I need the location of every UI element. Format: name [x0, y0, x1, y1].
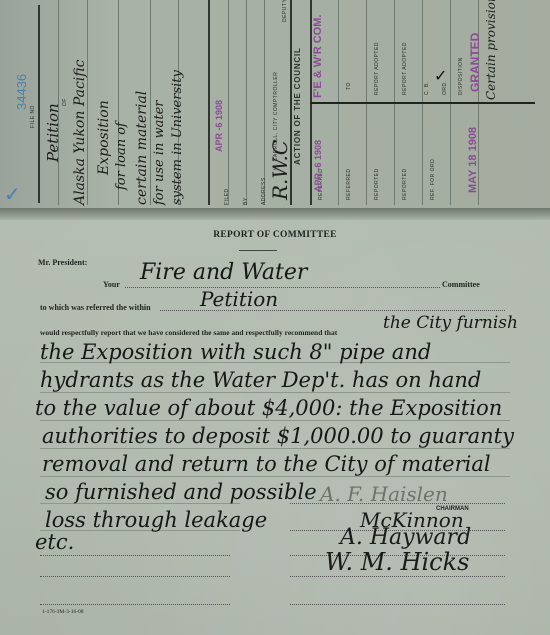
action-heading: ACTION OF THE COUNCIL	[293, 47, 302, 165]
committee-name: Fire and Water	[140, 260, 307, 285]
docket-divider	[310, 102, 535, 104]
recommendation-line: so furnished and possible	[45, 480, 317, 504]
filed-date-stamp: APR -6 1908	[214, 100, 224, 152]
docket-rule	[38, 5, 40, 203]
ruled-line	[40, 604, 230, 605]
form-number: 1-176-3M-3-16-08	[42, 609, 84, 615]
comptroller-signature: R.W.C	[268, 140, 292, 200]
docket-title: Petition	[44, 103, 62, 162]
docket-rule	[150, 0, 151, 205]
docket-rule	[208, 0, 210, 205]
by-label: BY	[243, 197, 249, 205]
recommendation-line: etc.	[35, 530, 74, 554]
recommendation-line: loss through leakage	[45, 508, 267, 532]
ruled-line	[40, 476, 510, 477]
deputy-label: DEPUTY	[282, 0, 288, 22]
signature-line	[290, 604, 505, 605]
recommendation-line: the Exposition with such 8" pipe and	[40, 340, 431, 364]
docket-rule	[246, 0, 247, 205]
file-number: 34436	[14, 74, 29, 110]
ref-for-ord-label: REF. FOR ORD.	[430, 157, 436, 200]
report-adopted-label: REPORT ADOPTED	[402, 42, 408, 95]
recommendation-line: to the value of about $4,000: the Exposi…	[35, 396, 502, 420]
heading-rule	[239, 250, 277, 251]
fold-crease	[0, 208, 550, 220]
recommend-text: would respectfully report that we have c…	[40, 328, 337, 337]
disposition-note: Certain provision	[484, 0, 498, 100]
to-label: TO	[346, 82, 352, 90]
ruled-line	[40, 420, 510, 421]
document-page: FILE NO 34436 ✓ Petition OF Alaska Yukon…	[0, 0, 550, 635]
recommendation-line: hydrants as the Water Dep't. has on hand	[40, 368, 481, 392]
committee-line	[125, 287, 440, 288]
signature-line	[290, 576, 505, 577]
docket-rule	[228, 0, 229, 205]
referred-label: REFERRED	[346, 168, 352, 200]
petitioner-line: Alaska Yukon Pacific	[72, 60, 88, 205]
recommendation-line: the City furnish	[383, 313, 518, 333]
petitioner-line: Exposition	[96, 100, 112, 175]
signature: A. F. Haislen	[320, 482, 448, 506]
signature: A. Hayward	[340, 525, 471, 550]
file-no-label: FILE NO	[30, 105, 36, 128]
cb-label: C. B.	[424, 81, 430, 95]
disposition-date-stamp: MAY 18 1908	[467, 127, 479, 193]
recommendation-line: removal and return to the City of materi…	[42, 452, 491, 476]
filed-label: FILED	[224, 188, 230, 205]
referred-date-stamp: APR -6 1908	[313, 140, 323, 192]
ruled-line	[40, 448, 510, 449]
referred-item: Petition	[200, 287, 278, 311]
petitioner-line: certain material	[134, 91, 150, 205]
check-mark-icon: ✓	[434, 66, 447, 86]
docket-rule	[264, 0, 265, 205]
address-label: ADDRESS	[261, 177, 267, 205]
referred-to-stamp: F'E & W'R COM.	[312, 15, 324, 98]
committee-label: Committee	[442, 280, 480, 289]
granted-stamp: GRANTED	[468, 33, 482, 92]
reported-label: REPORTED	[402, 168, 408, 200]
disposition-label: DISPOSITION	[458, 57, 464, 95]
your-label: Your	[103, 280, 120, 289]
ruled-line	[40, 576, 230, 577]
report-adopted-label: REPORT ADOPTED	[374, 42, 380, 95]
ruled-line	[40, 555, 230, 556]
check-mark-icon: ✓	[4, 182, 21, 207]
petitioner-line: system in University	[170, 70, 185, 205]
report-heading: REPORT OF COMMITTEE	[0, 230, 550, 240]
reported-label: REPORTED	[374, 168, 380, 200]
signature: W. M. Hicks	[325, 548, 469, 576]
ruled-line	[40, 392, 510, 393]
salutation: Mr. President:	[38, 258, 87, 267]
of-label: OF	[62, 98, 68, 106]
recommendation-line: authorities to deposit $1,000.00 to guar…	[42, 424, 514, 448]
petitioner-line: for loan of	[114, 122, 129, 190]
petitioner-line: for use in water	[152, 100, 167, 205]
referred-within-label: to which was referred the within	[40, 303, 151, 312]
